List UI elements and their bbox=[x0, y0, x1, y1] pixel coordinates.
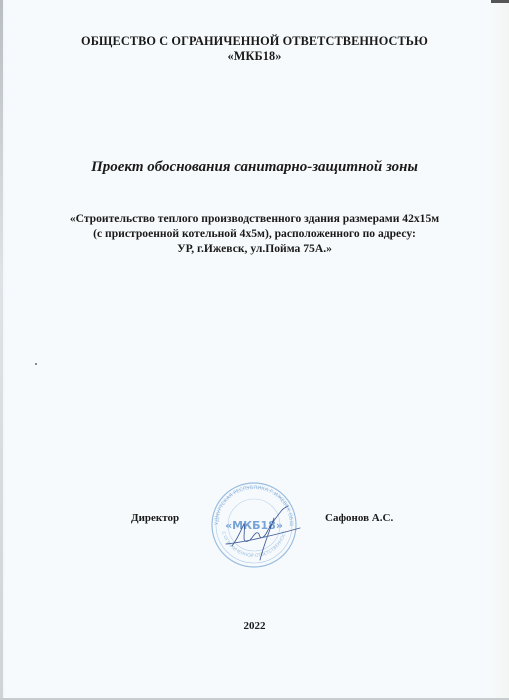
organization-name: ОБЩЕСТВО С ОГРАНИЧЕННОЙ ОТВЕТСТВЕННОСТЬЮ bbox=[0, 34, 509, 49]
organization-short-name: «МКБ18» bbox=[0, 49, 509, 64]
project-subject: «Строительство теплого производственного… bbox=[0, 211, 509, 256]
document-year: 2022 bbox=[0, 620, 509, 632]
scan-edge-top-right bbox=[491, 0, 509, 3]
signatory-name: Сафонов А.С. bbox=[325, 512, 393, 524]
subject-line-2: (с пристроенной котельной 4х5м), располо… bbox=[0, 226, 509, 241]
subject-line-1: «Строительство теплого производственного… bbox=[0, 211, 509, 226]
document-title: Проект обоснования санитарно-защитной зо… bbox=[0, 158, 509, 176]
signatory-role: Директор bbox=[131, 512, 179, 524]
subject-line-3: УР, г.Ижевск, ул.Пойма 75А.» bbox=[0, 241, 509, 256]
document-page: ОБЩЕСТВО С ОГРАНИЧЕННОЙ ОТВЕТСТВЕННОСТЬЮ… bbox=[0, 0, 509, 700]
scan-speck bbox=[35, 363, 37, 365]
scan-edge-left bbox=[0, 0, 3, 700]
organization-header: ОБЩЕСТВО С ОГРАНИЧЕННОЙ ОТВЕТСТВЕННОСТЬЮ… bbox=[0, 34, 509, 64]
company-stamp-icon: УДМУРТСКАЯ РЕСПУБЛИКА Г.ИЖЕВСК ОБЩЕСТВО … bbox=[204, 480, 304, 570]
